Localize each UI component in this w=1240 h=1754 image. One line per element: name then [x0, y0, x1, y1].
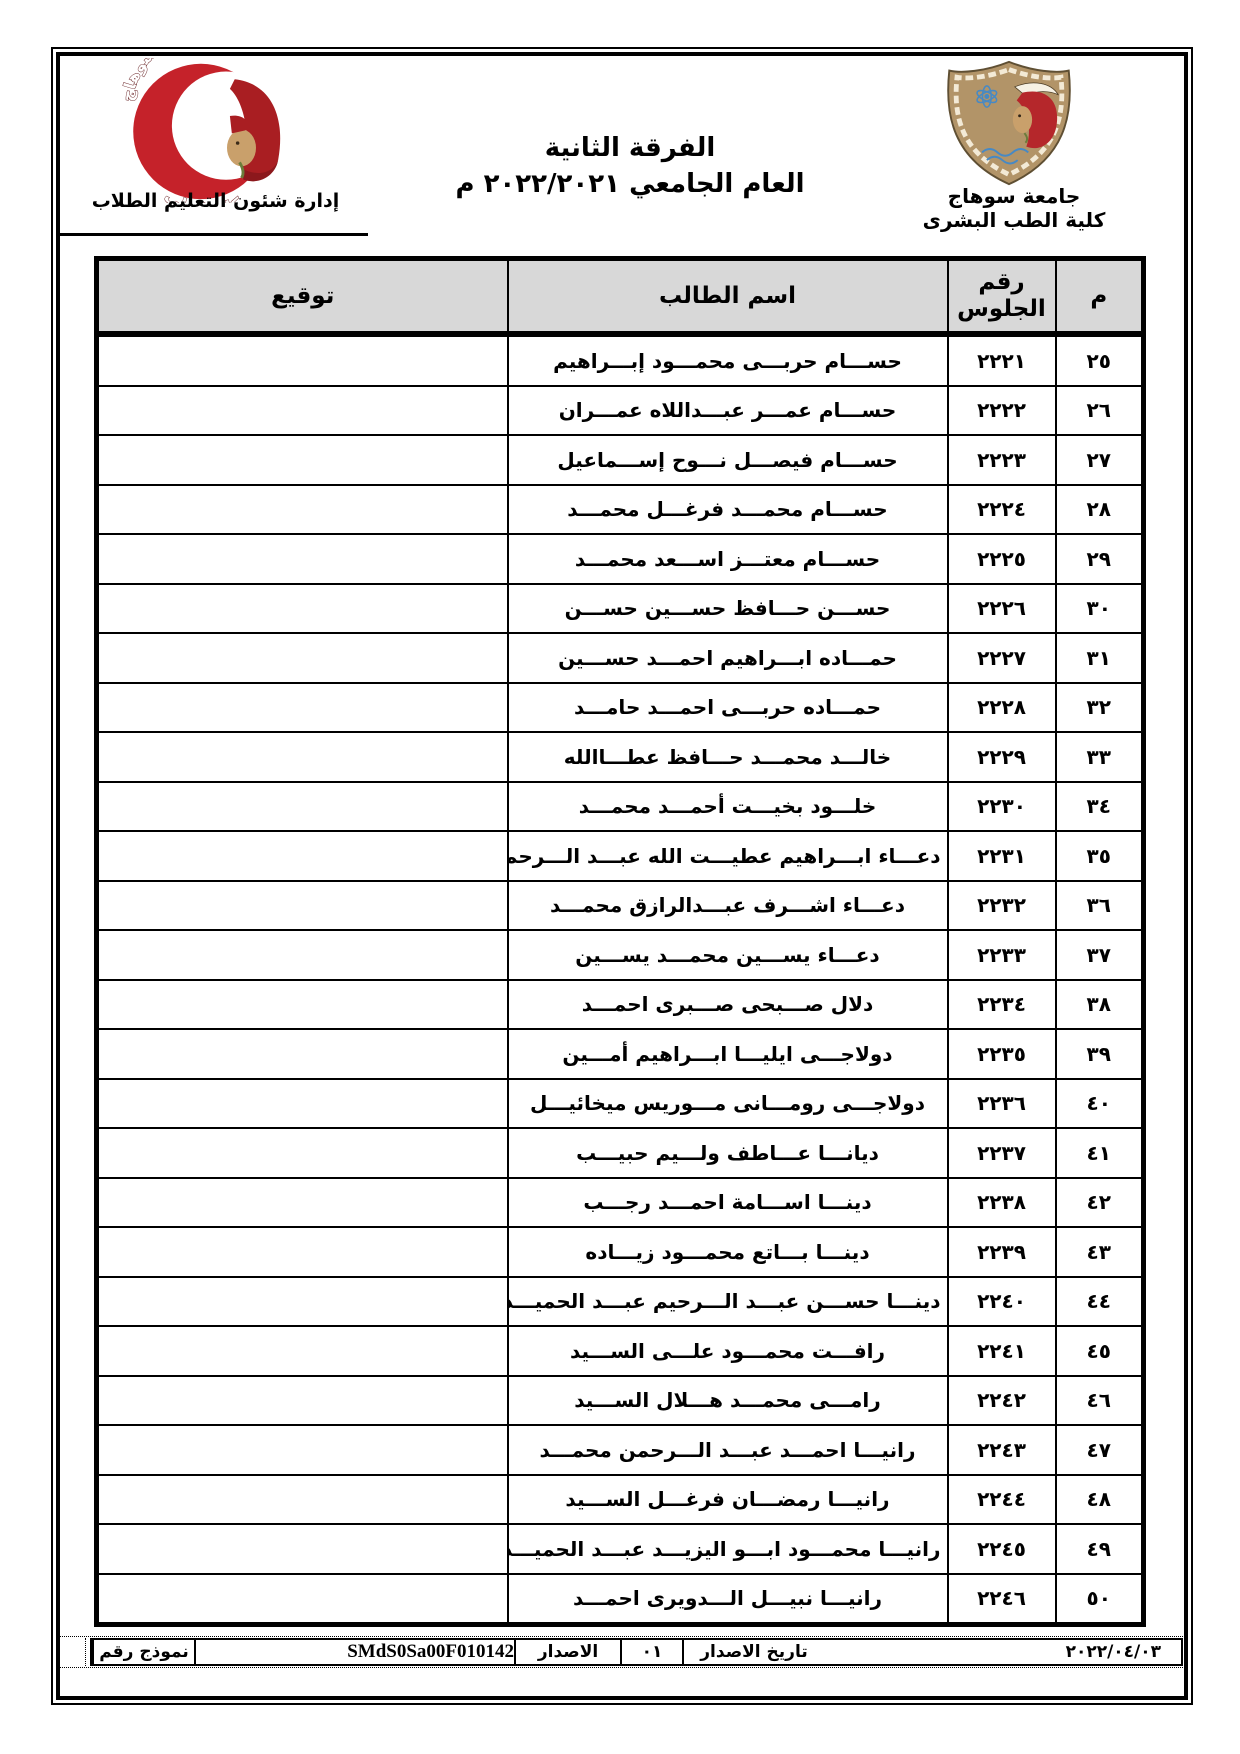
table-row: ٤٧ ٢٢٤٣ رانيـــا احمـــد عبـــد الـــرحم… [97, 1425, 1144, 1475]
student-name: رانيـــا رمضـــان فرغـــل الســـيد [508, 1475, 948, 1525]
signature-cell [97, 1227, 508, 1277]
signature-cell [97, 831, 508, 881]
table-row: ٤٩ ٢٢٤٥ رانيـــا محمـــود ابـــو اليزيــ… [97, 1524, 1144, 1574]
student-name: رانيـــا محمـــود ابـــو اليزيـــد عبـــ… [508, 1524, 948, 1574]
seat-number: ٢٢٣٤ [948, 980, 1056, 1030]
signature-cell [97, 633, 508, 683]
table-row: ٣٥ ٢٢٣١ دعـــاء ابـــراهيم عطيـــت الله … [97, 831, 1144, 881]
student-name: دلال صـــبحى صـــبرى احمـــد [508, 980, 948, 1030]
signature-cell [97, 683, 508, 733]
signature-cell [97, 732, 508, 782]
student-name: ديانـــا عـــاطف ولـــيم حبيـــب [508, 1128, 948, 1178]
row-index: ٤١ [1056, 1128, 1144, 1178]
form-number-label: نموذج رقم [92, 1640, 194, 1664]
row-index: ٣٩ [1056, 1029, 1144, 1079]
student-name: دولاجـــى رومـــانى مـــوريس ميخائيـــل [508, 1079, 948, 1129]
signature-cell [97, 1326, 508, 1376]
seat-number: ٢٢٣٢ [948, 881, 1056, 931]
student-table-body: ٢٥ ٢٢٢١ حســـام حربـــى محمـــود إبـــرا… [97, 334, 1144, 1625]
table-row: ٤٤ ٢٢٤٠ دينـــا حســـن عبـــد الـــرحيم … [97, 1277, 1144, 1327]
seat-number: ٢٢٣٩ [948, 1227, 1056, 1277]
seat-number: ٢٢٢٢ [948, 386, 1056, 436]
table-row: ٣٩ ٢٢٣٥ دولاجـــى ايليـــا ابـــراهيم أم… [97, 1029, 1144, 1079]
row-index: ٣٥ [1056, 831, 1144, 881]
student-name: خالـــد محمـــد حـــافظ عطـــاالله [508, 732, 948, 782]
signature-cell [97, 881, 508, 931]
signature-cell [97, 1029, 508, 1079]
university-name: جامعة سوهاج [898, 184, 1130, 208]
seat-number: ٢٢٤١ [948, 1326, 1056, 1376]
row-index: ٥٠ [1056, 1574, 1144, 1625]
table-row: ٣٣ ٢٢٢٩ خالـــد محمـــد حـــافظ عطـــاال… [97, 732, 1144, 782]
issue-date-value: ٢٠٢٢/٠٤/٠٣ [824, 1640, 1181, 1664]
student-name: رانيـــا احمـــد عبـــد الـــرحمن محمـــ… [508, 1425, 948, 1475]
student-name: حســـن حـــافظ حســـين حســـن [508, 584, 948, 634]
row-index: ٣٦ [1056, 881, 1144, 931]
form-number-code: SMdS0Sa00F010142 [194, 1640, 514, 1664]
page-title: الفرقة الثانية العام الجامعي ٢٠٢٢/٢٠٢١ م [370, 130, 890, 202]
table-row: ٤٦ ٢٢٤٢ رامـــى محمـــد هـــلال الســـيد [97, 1376, 1144, 1426]
student-name: دينـــا حســـن عبـــد الـــرحيم عبـــد ا… [508, 1277, 948, 1327]
university-caption: جامعة سوهاج كلية الطب البشرى [898, 184, 1130, 232]
col-header-index: م [1056, 259, 1144, 335]
signature-cell [97, 930, 508, 980]
student-name: رامـــى محمـــد هـــلال الســـيد [508, 1376, 948, 1426]
student-name: دينـــا بـــاتع محمـــود زيـــاده [508, 1227, 948, 1277]
table-row: ٤٥ ٢٢٤١ رافـــت محمـــود علـــى الســـيد [97, 1326, 1144, 1376]
row-index: ٤٩ [1056, 1524, 1144, 1574]
row-index: ٢٨ [1056, 485, 1144, 535]
faculty-crescent-logo: جامعة سوهاج كلية الطب [95, 58, 330, 203]
col-header-seat: رقم الجلوس [948, 259, 1056, 335]
row-index: ٣٠ [1056, 584, 1144, 634]
row-index: ٣٤ [1056, 782, 1144, 832]
seat-number: ٢٢٢٣ [948, 435, 1056, 485]
signature-cell [97, 1079, 508, 1129]
row-index: ٢٦ [1056, 386, 1144, 436]
seat-number: ٢٢٢١ [948, 334, 1056, 386]
table-row: ٣٤ ٢٢٣٠ خلـــود بخيـــت أحمـــد محمـــد [97, 782, 1144, 832]
row-index: ٤٢ [1056, 1178, 1144, 1228]
table-row: ٣٢ ٢٢٢٨ حمـــاده حربـــى احمـــد حامـــد [97, 683, 1144, 733]
student-name: خلـــود بخيـــت أحمـــد محمـــد [508, 782, 948, 832]
students-table: م رقم الجلوس اسم الطالب توقيع ٢٥ ٢٢٢١ حس… [94, 256, 1146, 1627]
signature-cell [97, 980, 508, 1030]
signature-cell [97, 782, 508, 832]
row-index: ٢٥ [1056, 334, 1144, 386]
row-index: ٢٩ [1056, 534, 1144, 584]
table-row: ٢٨ ٢٢٢٤ حســـام محمـــد فرغـــل محمـــد [97, 485, 1144, 535]
header-divider-line [57, 233, 368, 236]
student-name: دينـــا اســـامة احمـــد رجـــب [508, 1178, 948, 1228]
seat-number: ٢٢٣٠ [948, 782, 1056, 832]
row-index: ٤٤ [1056, 1277, 1144, 1327]
table-row: ٤٨ ٢٢٤٤ رانيـــا رمضـــان فرغـــل الســـ… [97, 1475, 1144, 1525]
table-row: ٣٨ ٢٢٣٤ دلال صـــبحى صـــبرى احمـــد [97, 980, 1144, 1030]
student-name: دعـــاء ابـــراهيم عطيـــت الله عبـــد ا… [508, 831, 948, 881]
table-row: ٤٢ ٢٢٣٨ دينـــا اســـامة احمـــد رجـــب [97, 1178, 1144, 1228]
university-shield-logo [940, 58, 1078, 188]
signature-cell [97, 435, 508, 485]
student-name: حســـام معتـــز اســـعد محمـــد [508, 534, 948, 584]
row-index: ٣٧ [1056, 930, 1144, 980]
signature-cell [97, 1178, 508, 1228]
admin-caption: إدارة شئون التعليم الطلاب [68, 190, 363, 212]
row-index: ٢٧ [1056, 435, 1144, 485]
row-index: ٣٢ [1056, 683, 1144, 733]
table-row: ٤٣ ٢٢٣٩ دينـــا بـــاتع محمـــود زيـــاد… [97, 1227, 1144, 1277]
seat-number: ٢٢٤٠ [948, 1277, 1056, 1327]
seat-number: ٢٢٤٤ [948, 1475, 1056, 1525]
seat-number: ٢٢٢٩ [948, 732, 1056, 782]
table-row: ٤٠ ٢٢٣٦ دولاجـــى رومـــانى مـــوريس ميخ… [97, 1079, 1144, 1129]
student-name: حســـام عمـــر عبـــداللاه عمـــران [508, 386, 948, 436]
table-row: ٢٧ ٢٢٢٣ حســـام فيصـــل نـــوح إســـماعي… [97, 435, 1144, 485]
student-name: رافـــت محمـــود علـــى الســـيد [508, 1326, 948, 1376]
row-index: ٤٥ [1056, 1326, 1144, 1376]
issue-date-text: ٢٠٢٢/٠٤/٠٣ [1066, 1642, 1161, 1662]
row-index: ٣١ [1056, 633, 1144, 683]
issue-date-label: تاريخ الاصدار [682, 1640, 824, 1664]
table-row: ٢٥ ٢٢٢١ حســـام حربـــى محمـــود إبـــرا… [97, 334, 1144, 386]
seat-number: ٢٢٤٥ [948, 1524, 1056, 1574]
row-index: ٤٣ [1056, 1227, 1144, 1277]
signature-cell [97, 1376, 508, 1426]
table-row: ٤١ ٢٢٣٧ ديانـــا عـــاطف ولـــيم حبيـــب [97, 1128, 1144, 1178]
table-row: ٣٠ ٢٢٢٦ حســـن حـــافظ حســـين حســـن [97, 584, 1144, 634]
seat-number: ٢٢٣٦ [948, 1079, 1056, 1129]
signature-cell [97, 1277, 508, 1327]
seat-number: ٢٢٤٦ [948, 1574, 1056, 1625]
seat-number: ٢٢٢٥ [948, 534, 1056, 584]
student-name: حمـــاده ابـــراهيم احمـــد حســـين [508, 633, 948, 683]
signature-cell [97, 1425, 508, 1475]
student-name: حســـام فيصـــل نـــوح إســـماعيل [508, 435, 948, 485]
seat-number: ٢٢٢٤ [948, 485, 1056, 535]
signature-cell [97, 1574, 508, 1625]
footer-form-strip: نموذج رقم SMdS0Sa00F010142 الاصدار ٠١ تا… [57, 1636, 1185, 1668]
row-index: ٣٣ [1056, 732, 1144, 782]
col-header-name: اسم الطالب [508, 259, 948, 335]
table-row: ٢٩ ٢٢٢٥ حســـام معتـــز اســـعد محمـــد [97, 534, 1144, 584]
seat-number: ٢٢٣٧ [948, 1128, 1056, 1178]
signature-cell [97, 485, 508, 535]
student-name: رانيـــا نبيـــل الـــدويرى احمـــد [508, 1574, 948, 1625]
seat-number: ٢٢٢٨ [948, 683, 1056, 733]
row-index: ٣٨ [1056, 980, 1144, 1030]
seat-number: ٢٢٣٨ [948, 1178, 1056, 1228]
footer-form-table: نموذج رقم SMdS0Sa00F010142 الاصدار ٠١ تا… [90, 1638, 1183, 1666]
student-name: دعـــاء يســـين محمـــد يســـين [508, 930, 948, 980]
student-name: حمـــاده حربـــى احمـــد حامـــد [508, 683, 948, 733]
issue-label: الاصدار [514, 1640, 620, 1664]
student-name: حســـام محمـــد فرغـــل محمـــد [508, 485, 948, 535]
signature-cell [97, 584, 508, 634]
seat-number: ٢٢٣٥ [948, 1029, 1056, 1079]
student-name: حســـام حربـــى محمـــود إبـــراهيم [508, 334, 948, 386]
signature-cell [97, 386, 508, 436]
issue-value: ٠١ [620, 1640, 682, 1664]
signature-cell [97, 334, 508, 386]
title-grade: الفرقة الثانية [370, 130, 890, 166]
seat-number: ٢٢٢٧ [948, 633, 1056, 683]
col-header-signature: توقيع [97, 259, 508, 335]
table-row: ٣١ ٢٢٢٧ حمـــاده ابـــراهيم احمـــد حســ… [97, 633, 1144, 683]
signature-cell [97, 1475, 508, 1525]
student-name: دعـــاء اشـــرف عبـــدالرازق محمـــد [508, 881, 948, 931]
row-index: ٤٨ [1056, 1475, 1144, 1525]
seat-number: ٢٢٣٣ [948, 930, 1056, 980]
signature-cell [97, 534, 508, 584]
row-index: ٤٠ [1056, 1079, 1144, 1129]
signature-cell [97, 1524, 508, 1574]
faculty-name: كلية الطب البشرى [898, 208, 1130, 232]
title-academic-year: العام الجامعي ٢٠٢٢/٢٠٢١ م [370, 166, 890, 202]
seat-number: ٢٢٤٣ [948, 1425, 1056, 1475]
table-row: ٣٦ ٢٢٣٢ دعـــاء اشـــرف عبـــدالرازق محم… [97, 881, 1144, 931]
table-header-row: م رقم الجلوس اسم الطالب توقيع [97, 259, 1144, 335]
seat-number: ٢٢٢٦ [948, 584, 1056, 634]
table-row: ٣٧ ٢٢٣٣ دعـــاء يســـين محمـــد يســـين [97, 930, 1144, 980]
signature-cell [97, 1128, 508, 1178]
table-row: ٥٠ ٢٢٤٦ رانيـــا نبيـــل الـــدويرى احمـ… [97, 1574, 1144, 1625]
row-index: ٤٧ [1056, 1425, 1144, 1475]
seat-number: ٢٢٤٢ [948, 1376, 1056, 1426]
footer-corner-box [59, 1638, 86, 1666]
row-index: ٤٦ [1056, 1376, 1144, 1426]
seat-number: ٢٢٣١ [948, 831, 1056, 881]
student-name: دولاجـــى ايليـــا ابـــراهيم أمـــين [508, 1029, 948, 1079]
table-row: ٢٦ ٢٢٢٢ حســـام عمـــر عبـــداللاه عمـــ… [97, 386, 1144, 436]
